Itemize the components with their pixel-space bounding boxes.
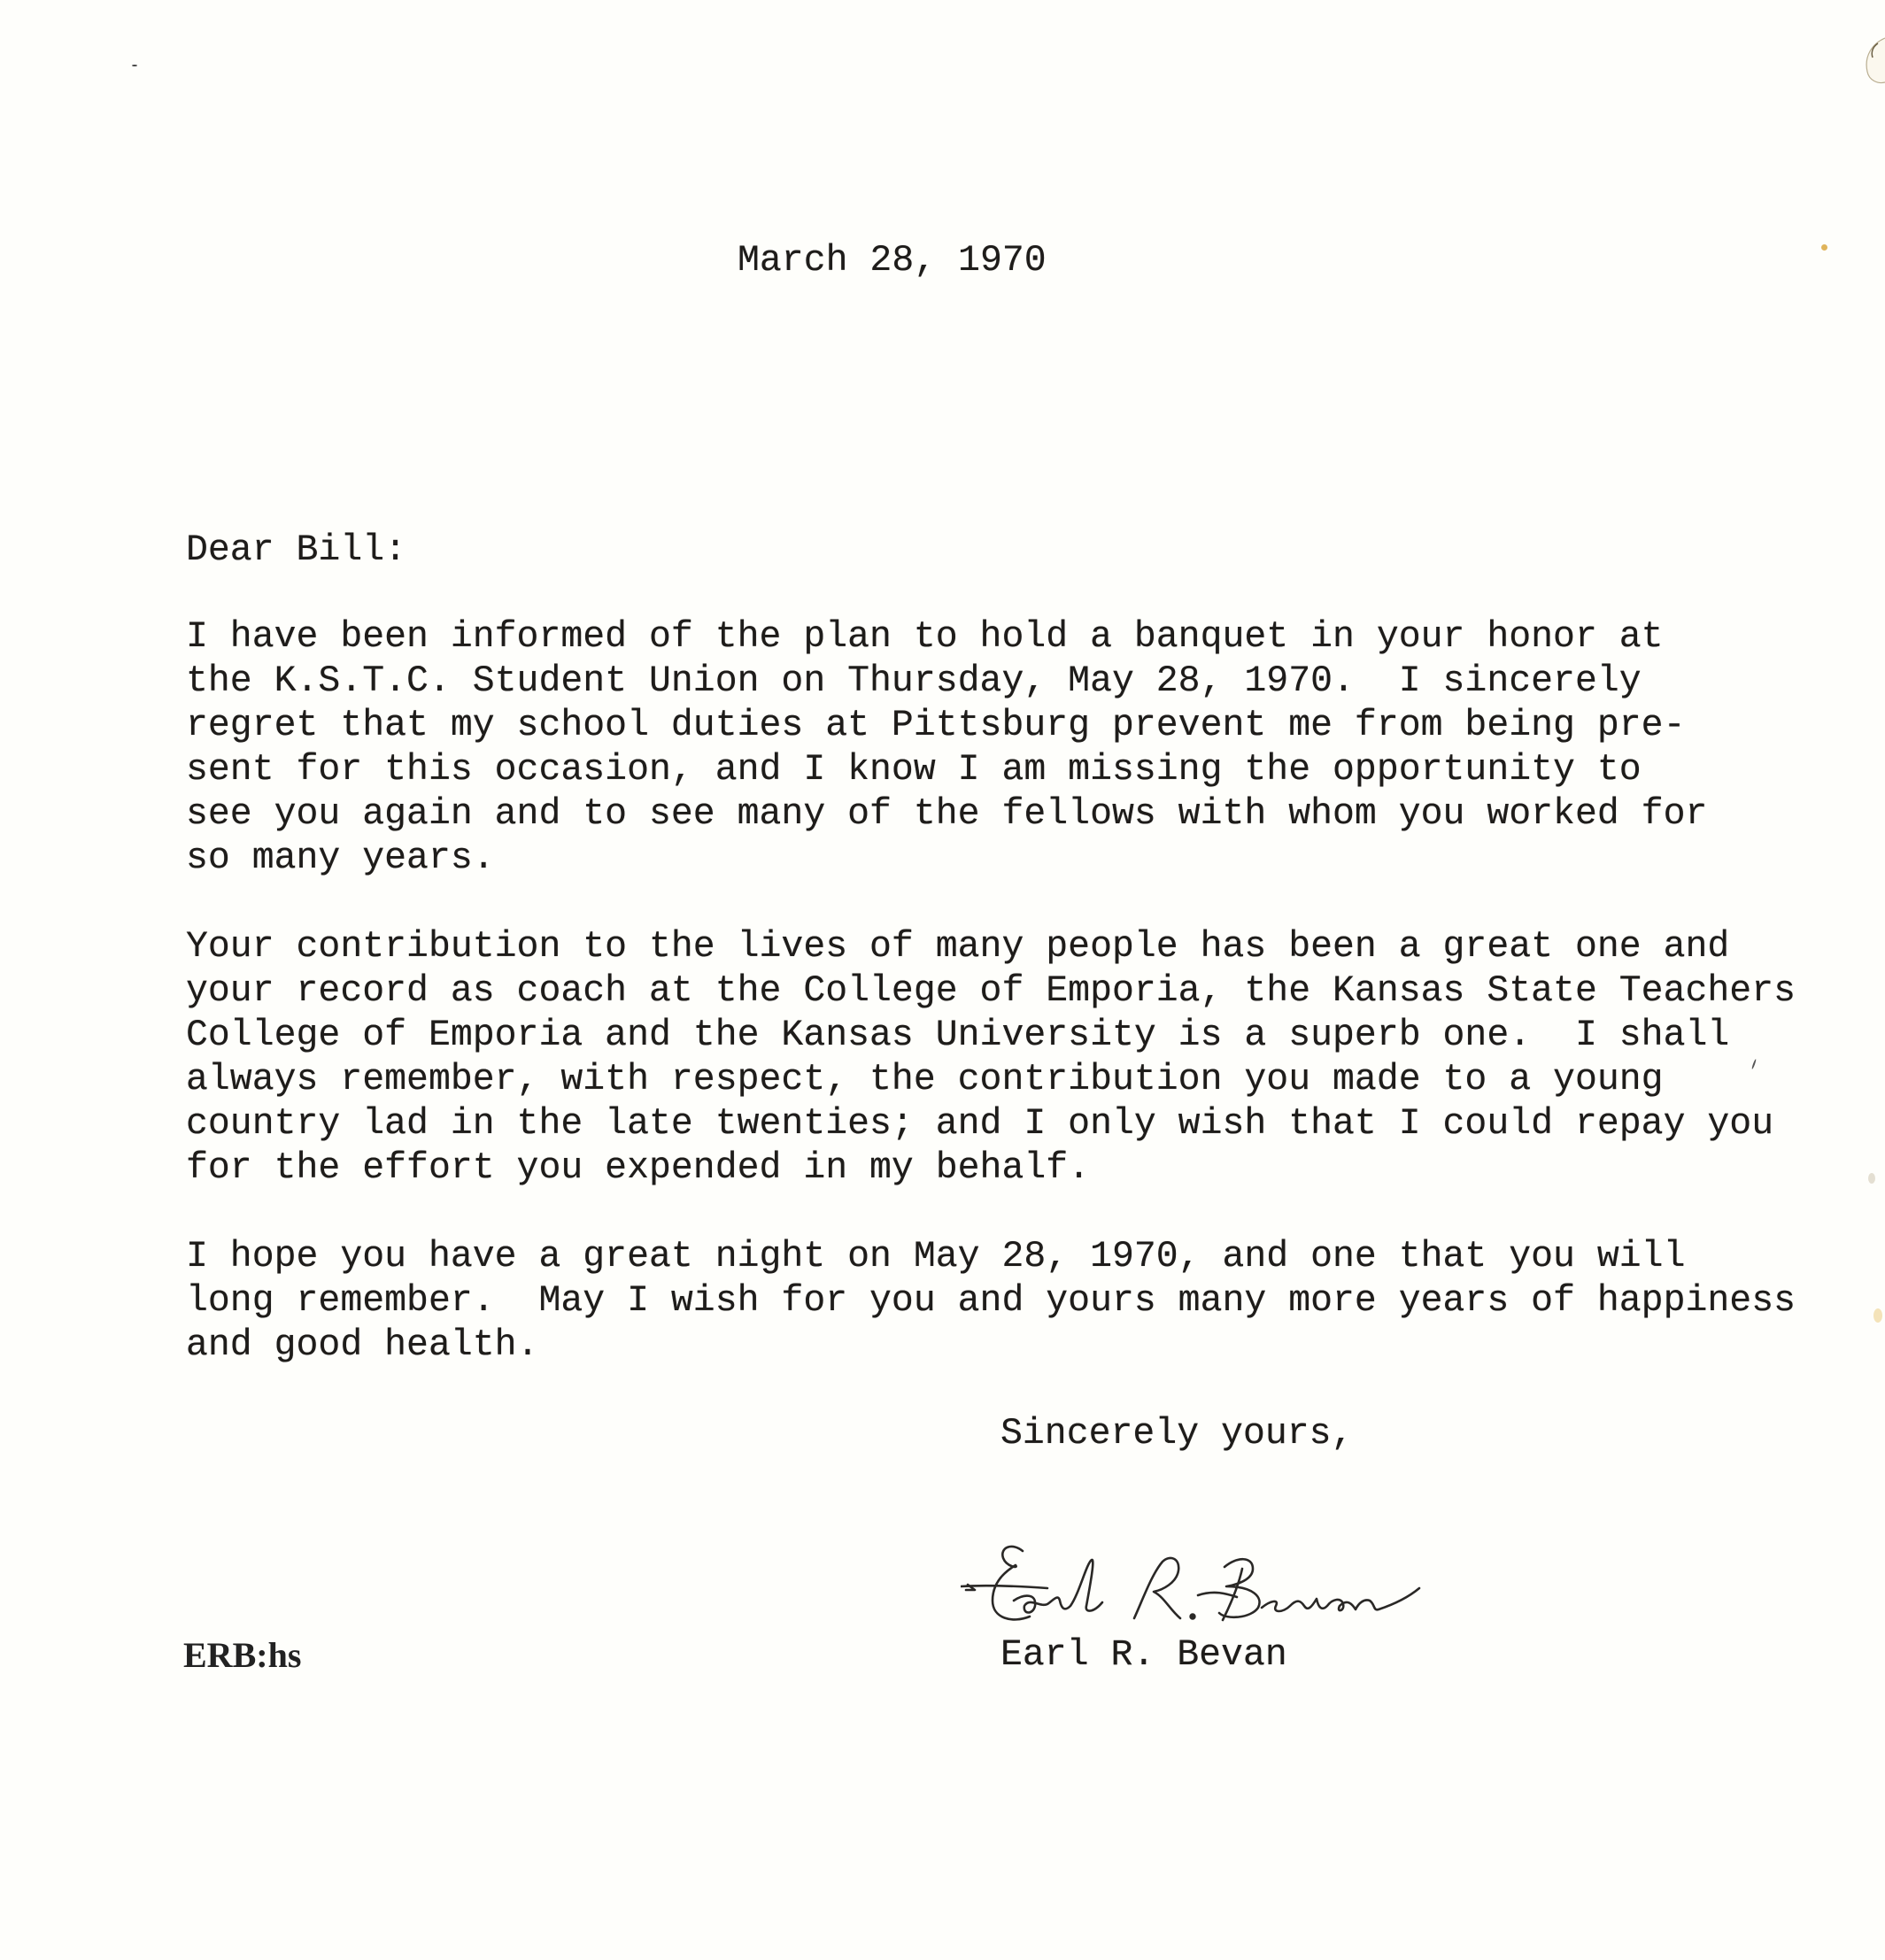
paragraph-3: I hope you have a great night on May 28,… xyxy=(186,1235,1796,1368)
signer-name: Earl R. Bevan xyxy=(1000,1633,1287,1678)
paragraph-line: for the effort you expended in my behalf… xyxy=(186,1146,1796,1191)
paragraph-line: I have been informed of the plan to hold… xyxy=(186,615,1707,660)
letter-page: March 28, 1970 Dear Bill: I have been in… xyxy=(0,0,1885,1960)
paragraph-line: your record as coach at the College of E… xyxy=(186,969,1796,1014)
reference-initials: ERB:hs xyxy=(183,1633,301,1678)
paragraph-line: so many years. xyxy=(186,837,1707,881)
paper-speck xyxy=(1868,1173,1875,1184)
handwritten-signature xyxy=(961,1532,1456,1647)
letter-date: March 28, 1970 xyxy=(738,239,1047,283)
paper-speck xyxy=(1821,244,1827,251)
paper-speck xyxy=(132,65,137,66)
paper-tear-mark xyxy=(1837,31,1885,102)
paragraph-line: see you again and to see many of the fel… xyxy=(186,792,1707,837)
paragraph-2: Your contribution to the lives of many p… xyxy=(186,925,1796,1191)
paragraph-1: I have been informed of the plan to hold… xyxy=(186,615,1707,881)
paragraph-line: College of Emporia and the Kansas Univer… xyxy=(186,1014,1796,1058)
paragraph-line: long remember. May I wish for you and yo… xyxy=(186,1279,1796,1323)
closing: Sincerely yours, xyxy=(1000,1412,1353,1456)
paper-speck xyxy=(1873,1308,1882,1323)
paragraph-line: the K.S.T.C. Student Union on Thursday, … xyxy=(186,660,1707,704)
paragraph-line: regret that my school duties at Pittsbur… xyxy=(186,704,1707,748)
paragraph-line: and good health. xyxy=(186,1323,1796,1368)
paragraph-line: always remember, with respect, the contr… xyxy=(186,1058,1796,1102)
salutation: Dear Bill: xyxy=(186,529,406,573)
paragraph-line: Your contribution to the lives of many p… xyxy=(186,925,1796,969)
paragraph-line: sent for this occasion, and I know I am … xyxy=(186,748,1707,792)
paragraph-line: I hope you have a great night on May 28,… xyxy=(186,1235,1796,1279)
paragraph-line: country lad in the late twenties; and I … xyxy=(186,1102,1796,1146)
